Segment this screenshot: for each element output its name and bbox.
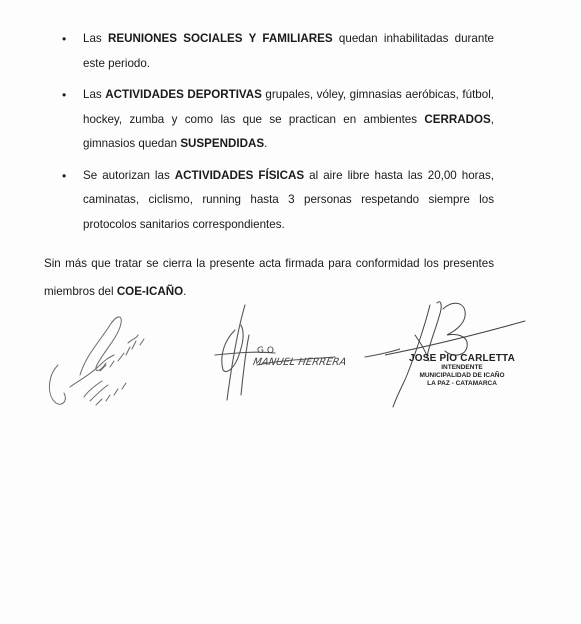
bullet-icon: •	[62, 83, 66, 108]
document-page: • Las REUNIONES SOCIALES Y FAMILIARES qu…	[0, 0, 581, 624]
stamp-name: JOSE PIO CARLETTA	[392, 353, 532, 364]
stamp-role: INTENDENTE	[392, 364, 532, 372]
signature-left	[40, 305, 170, 415]
official-stamp: JOSE PIO CARLETTA INTENDENTE MUNICIPALID…	[392, 353, 532, 388]
signature-name: MANUEL HERRERA	[252, 357, 347, 368]
emphasis-text: ACTIVIDADES FÍSICAS	[175, 169, 304, 182]
bullet-icon: •	[62, 164, 66, 189]
resolution-list: • Las REUNIONES SOCIALES Y FAMILIARES qu…	[62, 27, 494, 244]
bullet-text: Se autorizan las ACTIVIDADES FÍSICAS al …	[83, 169, 494, 231]
body-text: Se autorizan las	[83, 169, 175, 182]
bullet-item: • Las ACTIVIDADES DEPORTIVAS grupales, v…	[62, 83, 494, 157]
emphasis-text: CERRADOS	[424, 113, 490, 126]
signature-prefix: G.O	[257, 346, 274, 356]
bullet-text: Las REUNIONES SOCIALES Y FAMILIARES qued…	[83, 32, 494, 70]
bullet-text: Las ACTIVIDADES DEPORTIVAS grupales, vól…	[83, 88, 494, 150]
stamp-location: LA PAZ - CATAMARCA	[392, 380, 532, 388]
emphasis-text: ACTIVIDADES DEPORTIVAS	[105, 88, 262, 101]
stamp-municipality: MUNICIPALIDAD DE ICAÑO	[392, 372, 532, 380]
bullet-item: • Se autorizan las ACTIVIDADES FÍSICAS a…	[62, 164, 494, 238]
body-text: .	[264, 137, 267, 150]
body-text: Las	[83, 88, 105, 101]
closing-text: Sin más que tratar se cierra la presente…	[44, 257, 494, 298]
signature-middle: G.O MANUEL HERRERA	[205, 295, 400, 415]
bullet-item: • Las REUNIONES SOCIALES Y FAMILIARES qu…	[62, 27, 494, 76]
bullet-icon: •	[62, 27, 66, 52]
body-text: Las	[83, 32, 108, 45]
signatures-area: G.O MANUEL HERRERA JOSE PIO CARLETTA INT…	[0, 295, 581, 425]
emphasis-text: REUNIONES SOCIALES Y FAMILIARES	[108, 32, 333, 45]
emphasis-text: SUSPENDIDAS	[180, 137, 264, 150]
